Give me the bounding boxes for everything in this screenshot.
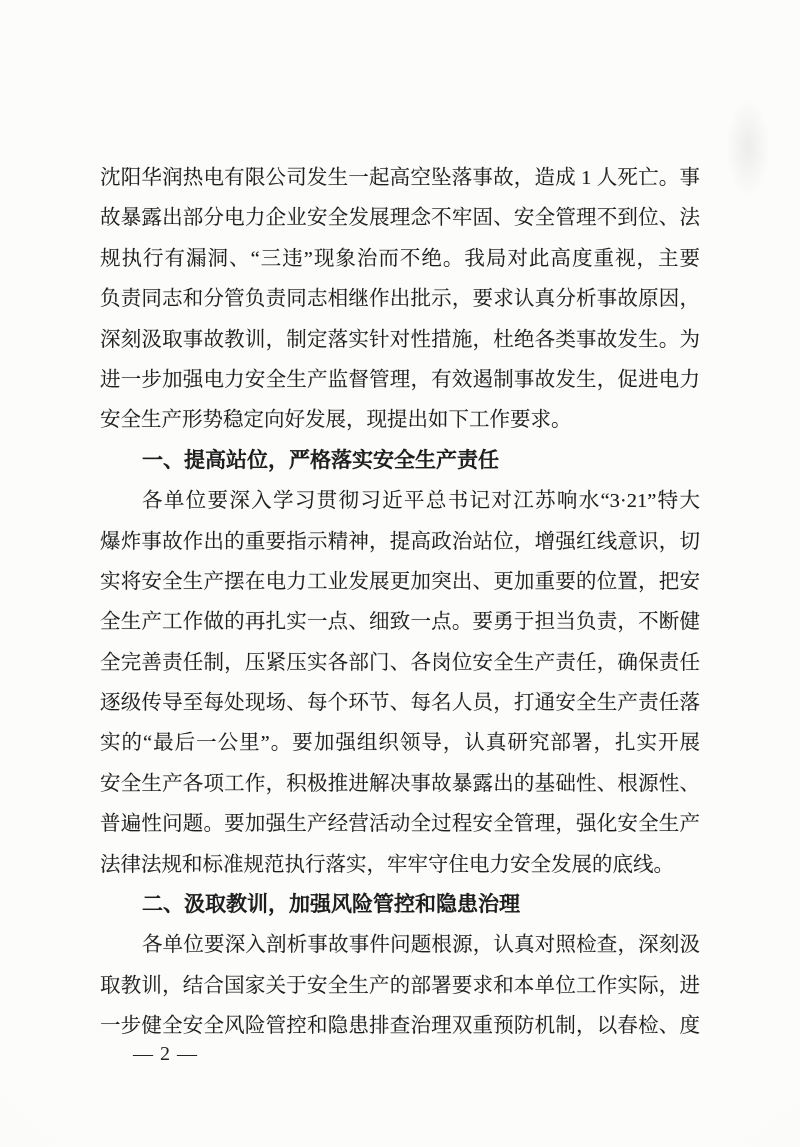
text-line: 取教训，结合国家关于安全生产的部署要求和本单位工作实际，进: [100, 966, 700, 1006]
text-line: 各单位要深入学习贯彻习近平总书记对江苏响水“3·21”特大: [100, 481, 700, 521]
text-line: 实的“最后一公里”。要加强组织领导，认真研究部署，扎实开展: [100, 723, 700, 763]
text-line: 进一步加强电力安全生产监督管理，有效遏制事故发生，促进电力: [100, 360, 700, 400]
text-line: 全生产工作做的再扎实一点、细致一点。要勇于担当负责，不断健: [100, 602, 700, 642]
page-number: — 2 —: [133, 1040, 198, 1068]
text-line: 安全生产各项工作，积极推进解决事故暴露出的基础性、根源性、: [100, 764, 700, 804]
document-lines: 沈阳华润热电有限公司发生一起高空坠落事故，造成 1 人死亡。事故暴露出部分电力企…: [100, 158, 700, 1047]
section-heading: 一、提高站位，严格落实安全生产责任: [100, 441, 700, 481]
section-heading: 二、汲取教训，加强风险管控和隐患治理: [100, 885, 700, 925]
text-line: 负责同志和分管负责同志相继作出批示，要求认真分析事故原因，: [100, 279, 700, 319]
text-line: 规执行有漏洞、“三违”现象治而不绝。我局对此高度重视，主要: [100, 239, 700, 279]
text-line: 爆炸事故作出的重要指示精神，提高政治站位，增强红线意识，切: [100, 522, 700, 562]
text-line: 法律法规和标准规范执行落实，牢牢守住电力安全发展的底线。: [100, 845, 700, 885]
text-line: 全完善责任制，压紧压实各部门、各岗位安全生产责任，确保责任: [100, 643, 700, 683]
text-line: 故暴露出部分电力企业安全发展理念不牢固、安全管理不到位、法: [100, 198, 700, 238]
text-line: 深刻汲取事故教训，制定落实针对性措施，杜绝各类事故发生。为: [100, 320, 700, 360]
text-line: 各单位要深入剖析事故事件问题根源，认真对照检查，深刻汲: [100, 925, 700, 965]
text-line: 逐级传导至每处现场、每个环节、每名人员，打通安全生产责任落: [100, 683, 700, 723]
text-line: 沈阳华润热电有限公司发生一起高空坠落事故，造成 1 人死亡。事: [100, 158, 700, 198]
scanned-document-page: 沈阳华润热电有限公司发生一起高空坠落事故，造成 1 人死亡。事故暴露出部分电力企…: [0, 0, 800, 1147]
text-line: 实将安全生产摆在电力工业发展更加突出、更加重要的位置，把安: [100, 562, 700, 602]
scan-smudge-artifact: [726, 98, 770, 198]
text-line: 普遍性问题。要加强生产经营活动全过程安全管理，强化安全生产: [100, 804, 700, 844]
text-line: 安全生产形势稳定向好发展，现提出如下工作要求。: [100, 400, 700, 440]
